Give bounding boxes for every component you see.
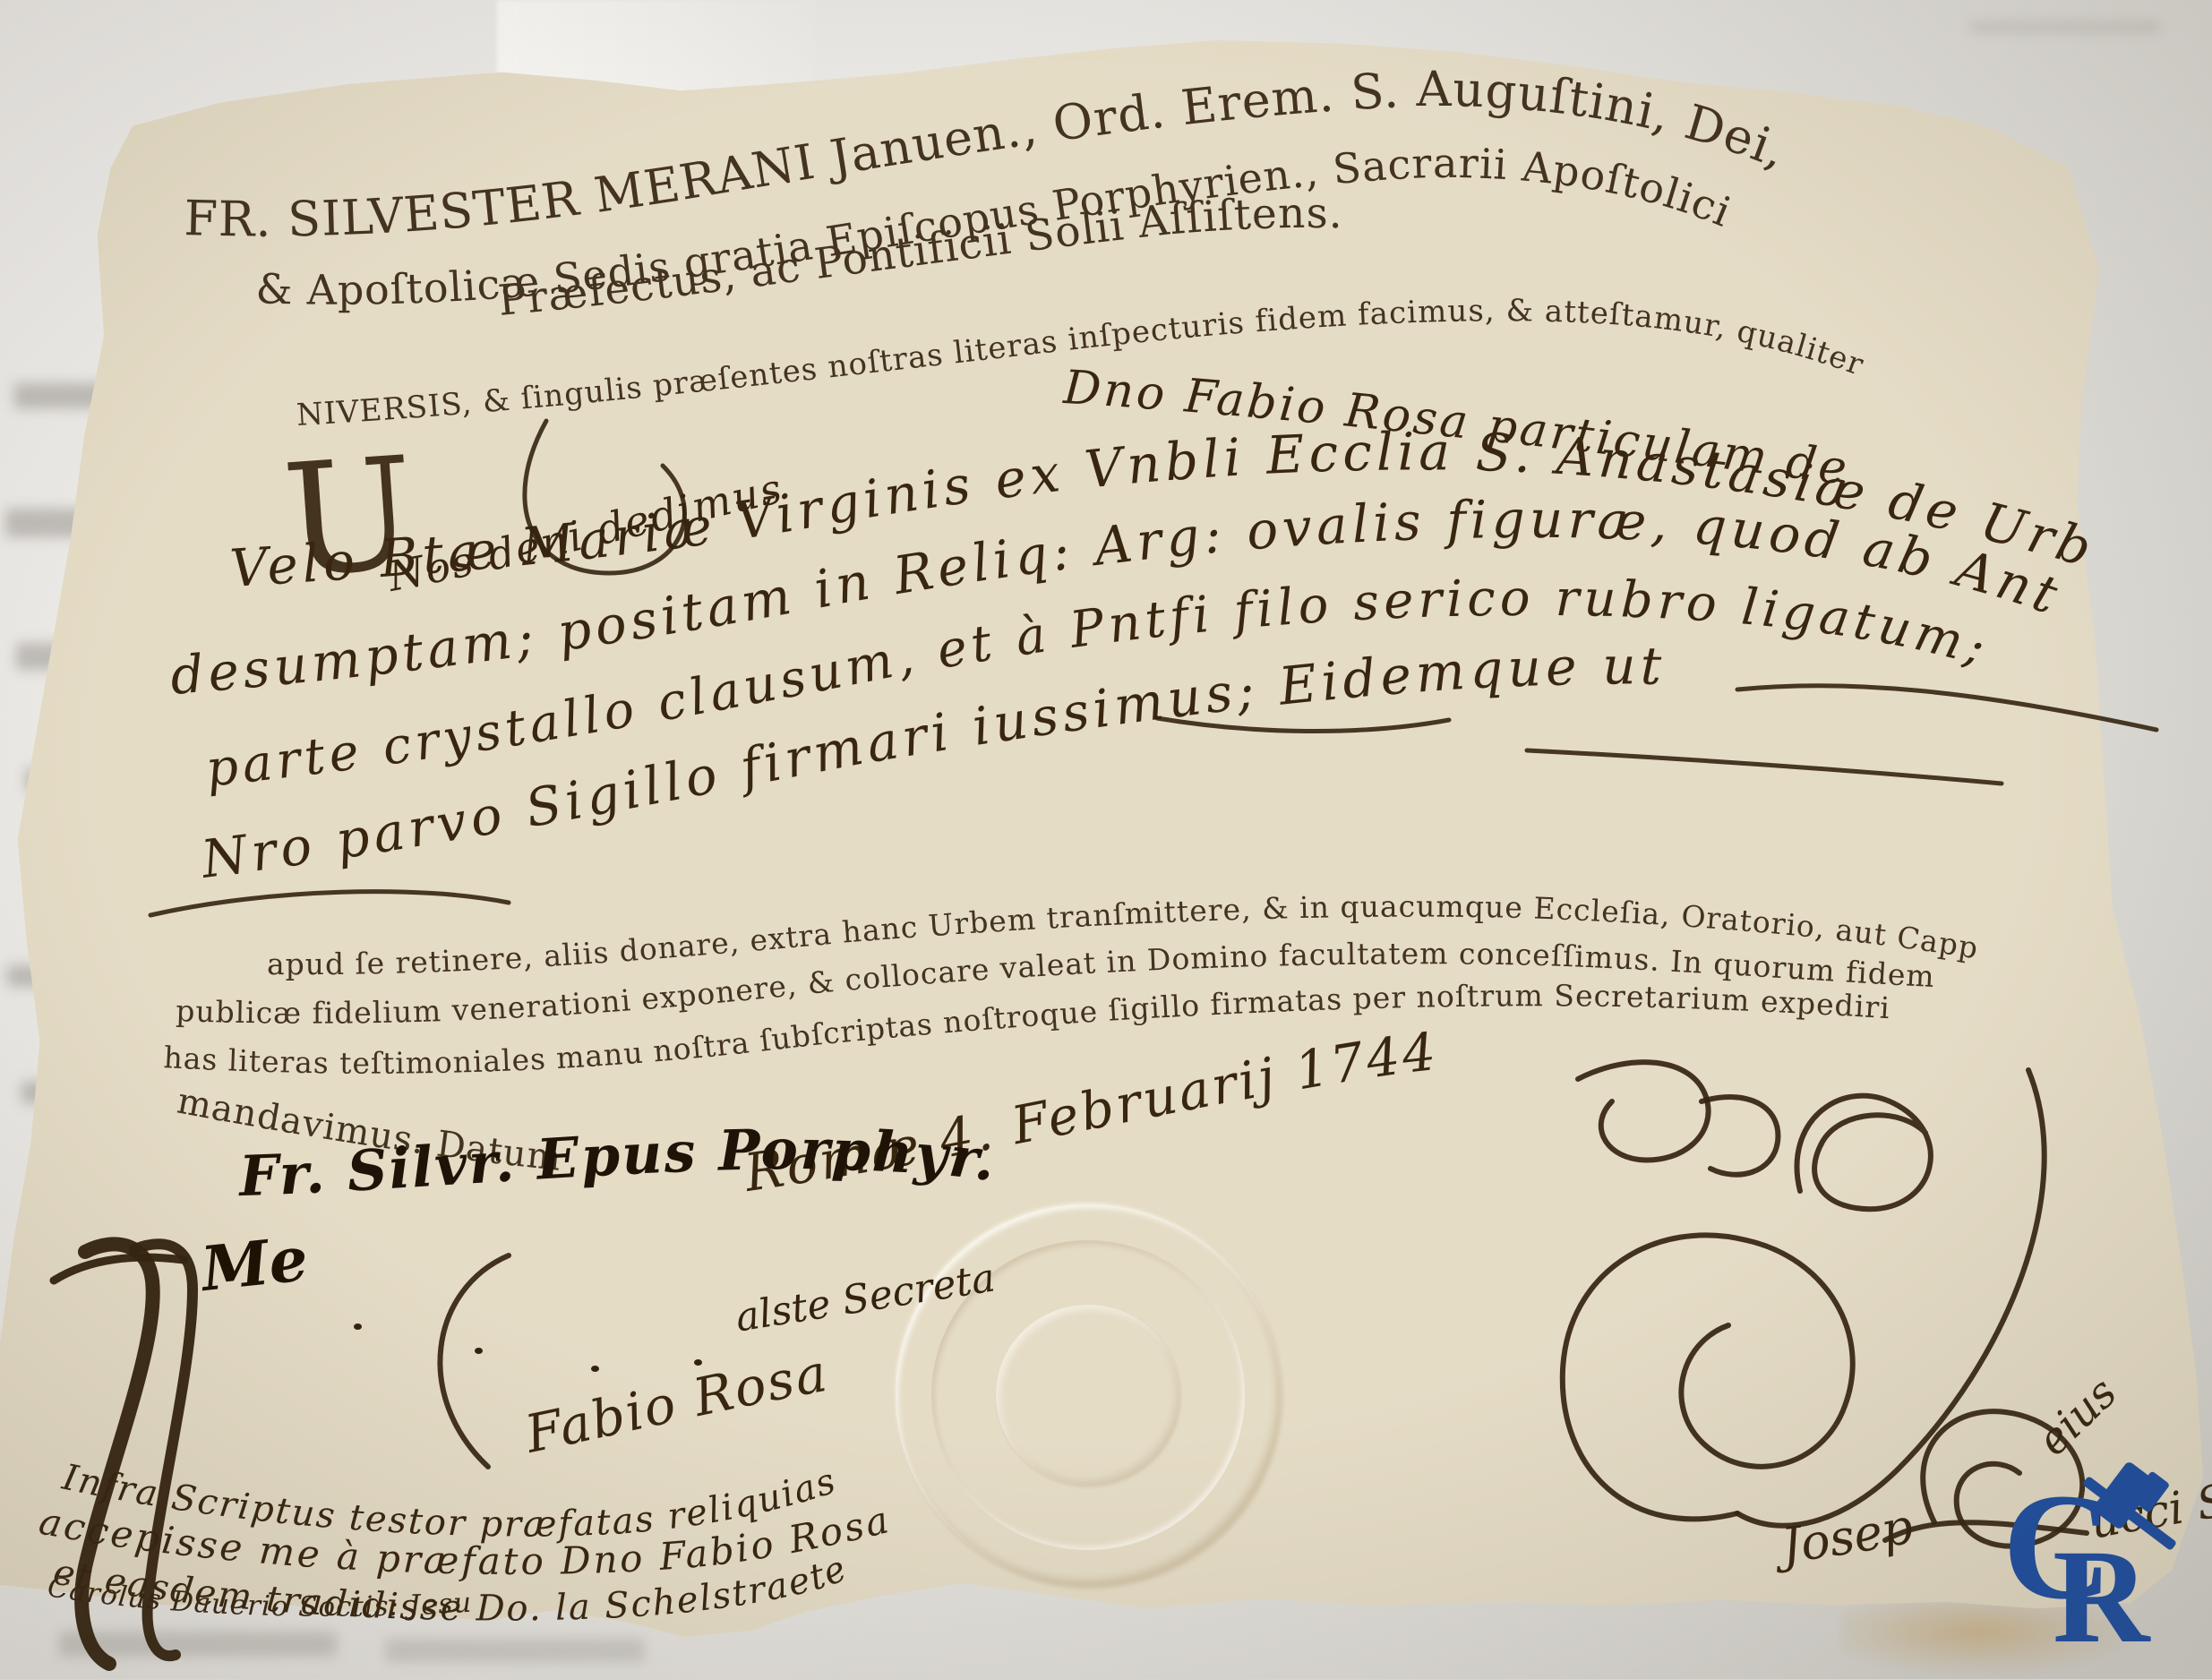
ink-dot xyxy=(591,1366,599,1372)
large-paraph-spiral xyxy=(1563,1235,1853,1519)
ink-dot xyxy=(354,1323,362,1330)
date-flourish xyxy=(1578,1062,1709,1160)
date-flourish xyxy=(1702,1097,1778,1175)
fabio-paraph-curve xyxy=(440,1255,509,1467)
ink-dot xyxy=(475,1348,483,1354)
ink-dash-line xyxy=(1527,750,2002,784)
fabio-rosa-signature: Fabio Rosa xyxy=(519,1342,833,1465)
watermark-letter-r: R xyxy=(2053,1529,2149,1664)
ink-dash-line xyxy=(1737,686,2156,730)
photo-of-historical-document: FR. SILVESTER MERANI Januen., Ord. Erem.… xyxy=(0,0,2212,1679)
ink-dash-line xyxy=(150,892,509,915)
ink-layer: FR. SILVESTER MERANI Januen., Ord. Erem.… xyxy=(0,0,2212,1679)
large-paraph-sweep xyxy=(1737,1070,2045,1526)
large-paraph-top-knot xyxy=(1797,1096,1931,1210)
ink-dot xyxy=(694,1359,702,1366)
secretary-mark-me: Me xyxy=(198,1223,311,1306)
eius-note: eius xyxy=(2028,1367,2126,1465)
notarial-paraph xyxy=(54,1257,184,1281)
